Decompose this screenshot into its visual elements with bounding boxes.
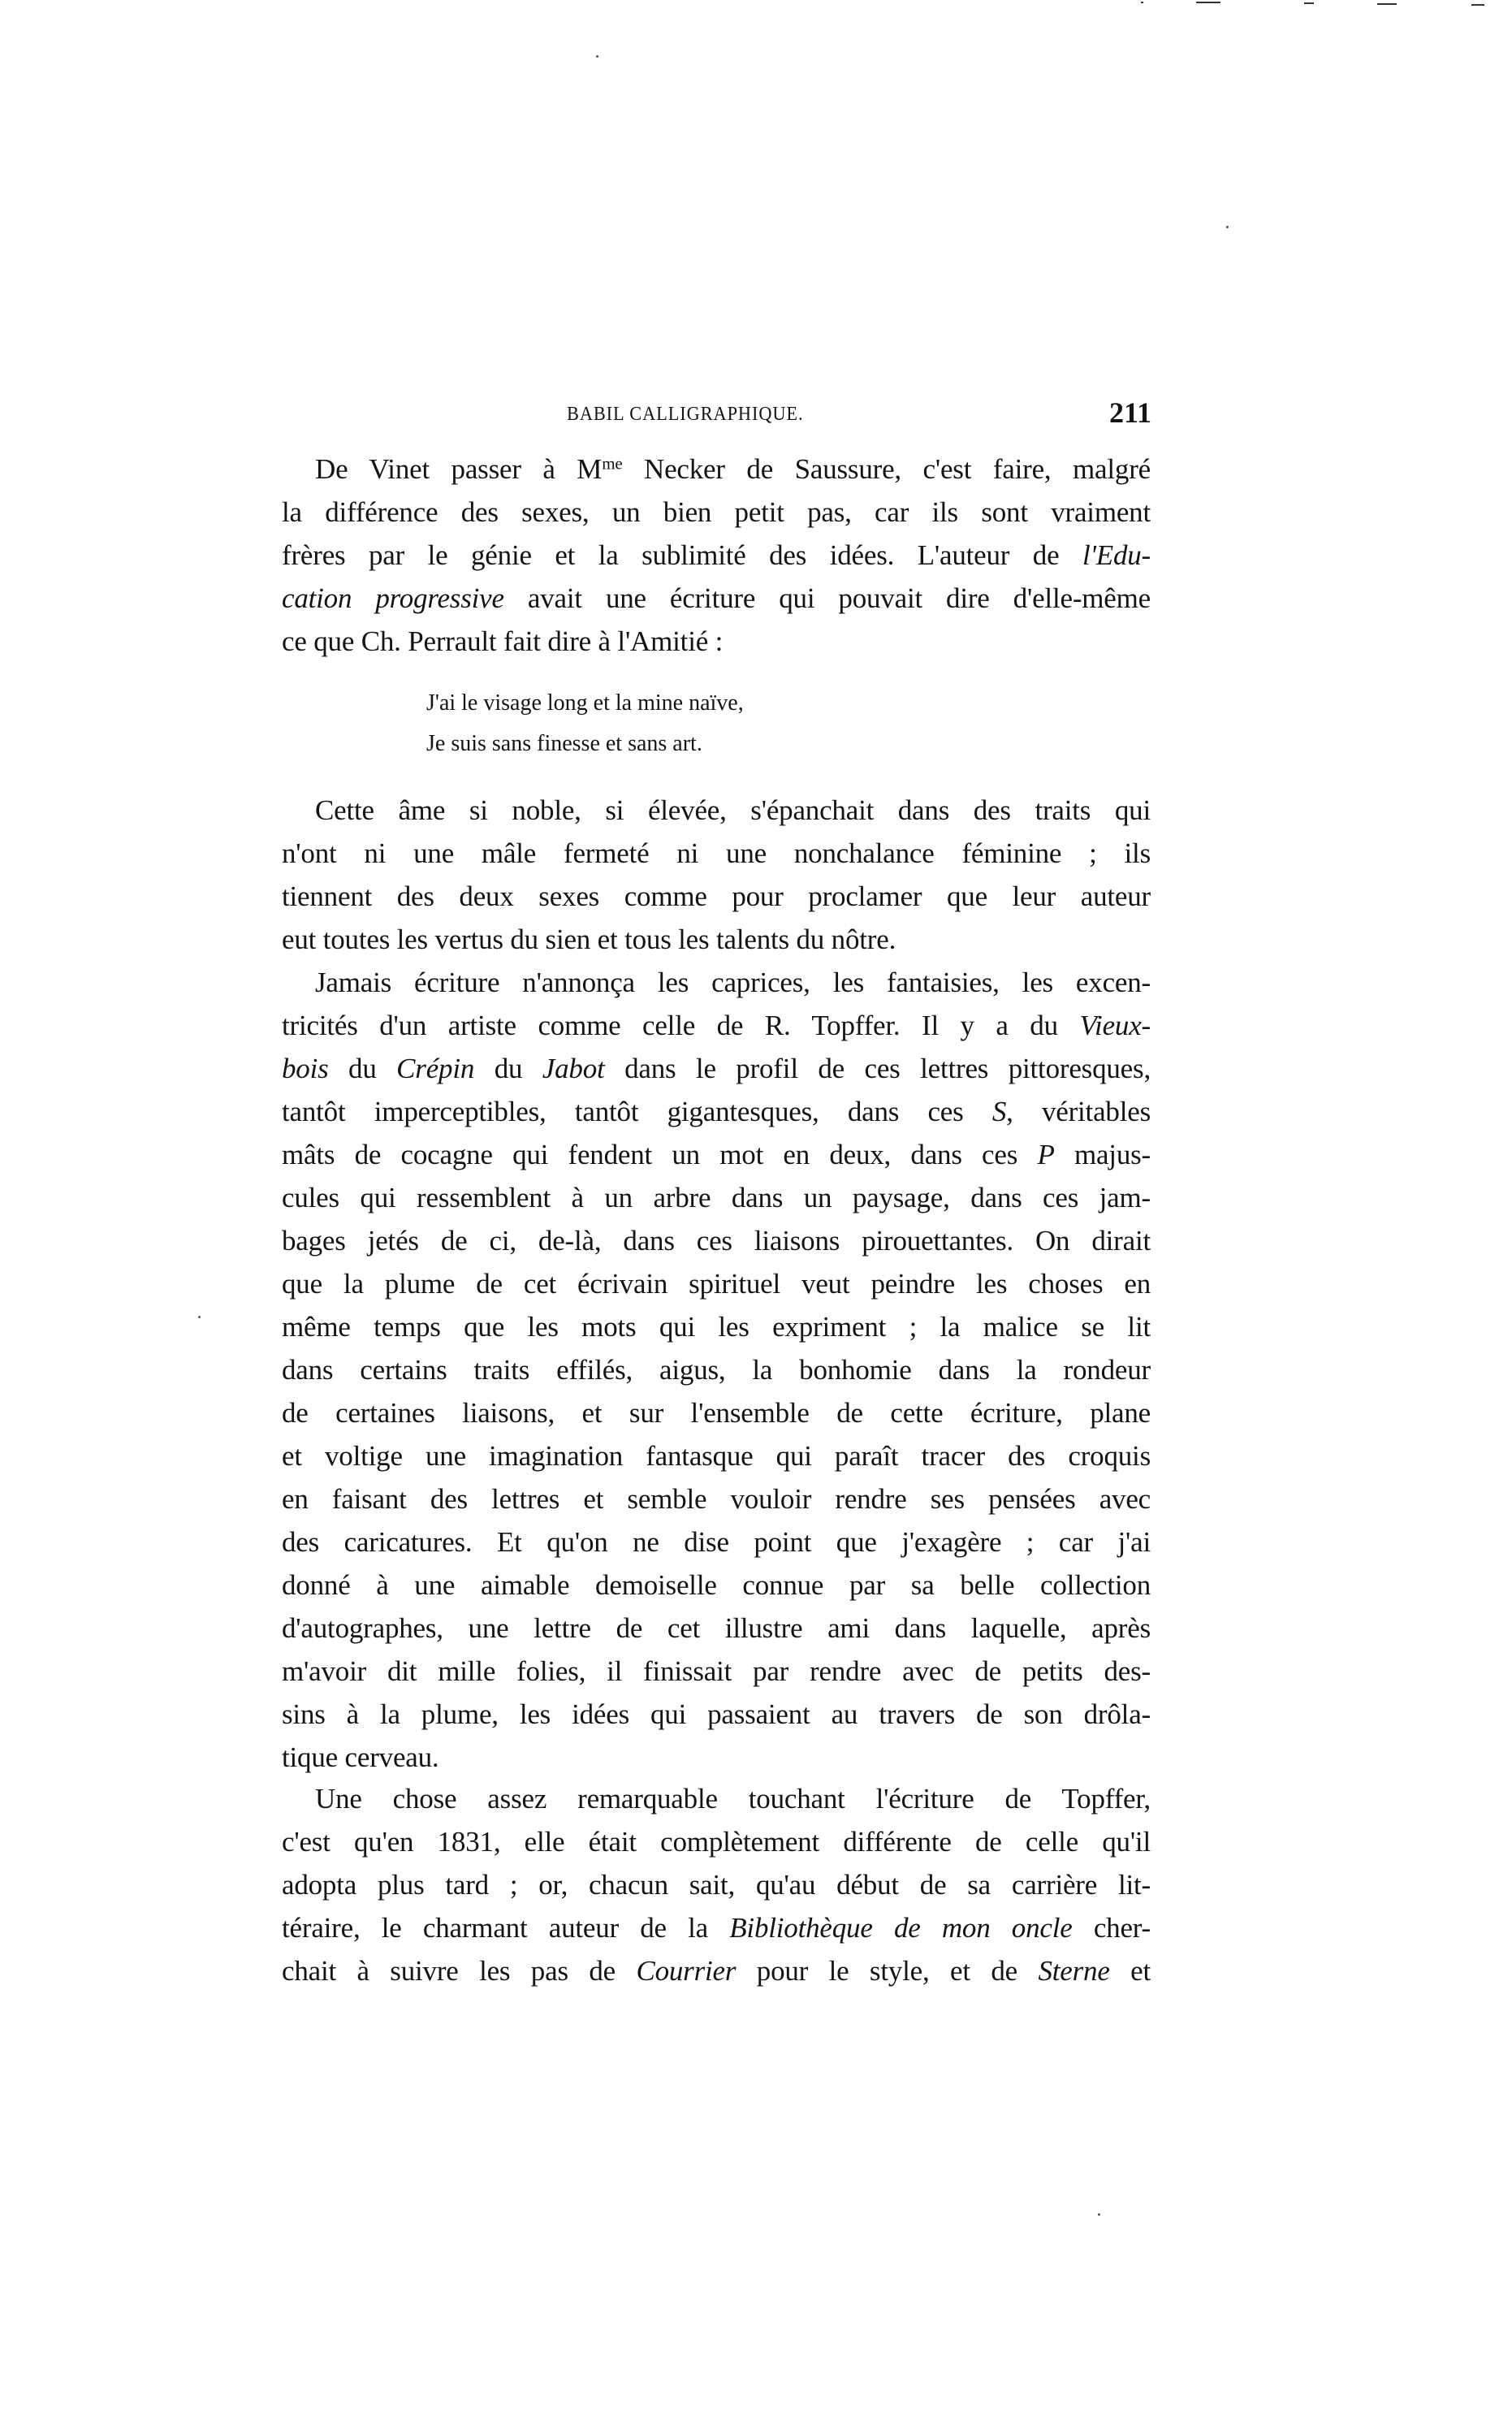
text-line: n'ont ni une mâle fermeté ni une nonchal… (282, 832, 1151, 875)
text-line: la différence des sexes, un bien petit p… (282, 491, 1151, 534)
paragraph-4: Une chose assez remarquable touchant l'é… (282, 1777, 1151, 1992)
paragraph-2: Cette âme si noble, si élevée, s'épancha… (282, 789, 1151, 961)
text-line: Jamais écriture n'annonça les caprices, … (282, 961, 1151, 1004)
text-line: tique cerveau. (282, 1736, 1151, 1779)
scan-artifact (1471, 4, 1484, 6)
scan-artifact (1304, 2, 1314, 4)
text-line: tricités d'un artiste comme celle de R. … (282, 1004, 1151, 1047)
text-line: cation progressive avait une écriture qu… (282, 577, 1151, 620)
text-line: et voltige une imagination fantasque qui… (282, 1434, 1151, 1477)
running-head: BABIL CALLIGRAPHIQUE. (567, 400, 803, 429)
text-line: téraire, le charmant auteur de la Biblio… (282, 1906, 1151, 1949)
text-line: tiennent des deux sexes comme pour procl… (282, 875, 1151, 918)
text-line: donné à une aimable demoiselle connue pa… (282, 1564, 1151, 1607)
paragraph-3: Jamais écriture n'annonça les caprices, … (282, 961, 1151, 1779)
text-line: cules qui ressemblent à un arbre dans un… (282, 1176, 1151, 1219)
text-line: que la plume de cet écrivain spirituel v… (282, 1262, 1151, 1305)
text-line: bages jetés de ci, de-là, dans ces liais… (282, 1219, 1151, 1262)
text-line: tantôt imperceptibles, tantôt gigantesqu… (282, 1090, 1151, 1133)
verse-line: Je suis sans finesse et sans art. (426, 724, 995, 764)
text-line: sins à la plume, les idées qui passaient… (282, 1693, 1151, 1736)
text-line: de certaines liaisons, et sur l'ensemble… (282, 1391, 1151, 1434)
text-line: des caricatures. Et qu'on ne dise point … (282, 1520, 1151, 1564)
text-line: c'est qu'en 1831, elle était complètemen… (282, 1820, 1151, 1863)
text-line: chait à suivre les pas de Courrier pour … (282, 1949, 1151, 1992)
text-line: d'autographes, une lettre de cet illustr… (282, 1607, 1151, 1650)
text-line: dans certains traits effilés, aigus, la … (282, 1348, 1151, 1391)
scan-artifact (1377, 3, 1397, 5)
dust-speck (1226, 226, 1229, 228)
text-line: eut toutes les vertus du sien et tous le… (282, 918, 1151, 961)
paragraph-1: De Vinet passer à Mme Necker de Saussure… (282, 448, 1151, 663)
text-line: frères par le génie et la sublimité des … (282, 534, 1151, 577)
dust-speck (198, 1316, 201, 1318)
verse-quotation: J'ai le visage long et la mine naïve, Je… (426, 683, 995, 764)
text-line: De Vinet passer à Mme Necker de Saussure… (282, 448, 1151, 491)
text-line: mâts de cocagne qui fendent un mot en de… (282, 1133, 1151, 1176)
text-line: Une chose assez remarquable touchant l'é… (282, 1777, 1151, 1820)
dust-speck (596, 55, 598, 58)
text-line: en faisant des lettres et semble vouloir… (282, 1477, 1151, 1520)
text-line: même temps que les mots qui les exprimen… (282, 1305, 1151, 1348)
text-line: m'avoir dit mille folies, il finissait p… (282, 1650, 1151, 1693)
text-line: ce que Ch. Perrault fait dire à l'Amitié… (282, 620, 1151, 663)
scan-artifact (1196, 2, 1220, 3)
scan-artifact (1141, 2, 1143, 3)
text-line: Cette âme si noble, si élevée, s'épancha… (282, 789, 1151, 832)
text-line: adopta plus tard ; or, chacun sait, qu'a… (282, 1863, 1151, 1906)
verse-line: J'ai le visage long et la mine naïve, (426, 683, 995, 724)
page-number: 211 (1106, 396, 1151, 429)
dust-speck (1098, 2213, 1100, 2216)
text-line: bois du Crépin du Jabot dans le profil d… (282, 1047, 1151, 1090)
